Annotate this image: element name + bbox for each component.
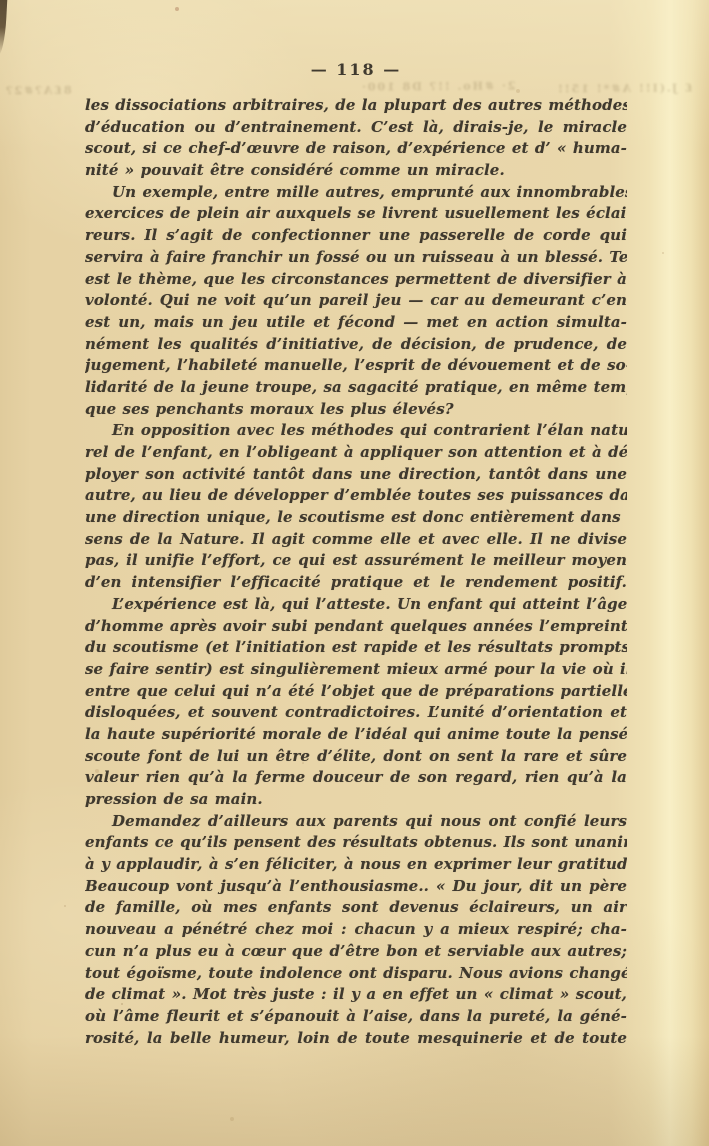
text-line: servira à faire franchir un fossé ou un … xyxy=(85,247,627,269)
paragraph: Demandez d’ailleurs aux parents qui nous… xyxy=(85,811,627,1050)
text-line: pression de sa main. xyxy=(85,789,627,811)
text-line: cun n’a plus eu à cœur que d’être bon et… xyxy=(85,941,627,963)
paragraph: En opposition avec les méthodes qui cont… xyxy=(85,420,627,594)
text-line: Demandez d’ailleurs aux parents qui nous… xyxy=(85,811,627,833)
text-line: où l’âme fleurit et s’épanouit à l’aise,… xyxy=(85,1006,627,1028)
scan-edge-artifact xyxy=(0,0,8,56)
text-line: Un exemple, entre mille autres, emprunté… xyxy=(85,182,627,204)
text-line: rel de l’enfant, en l’obligeant à appliq… xyxy=(85,442,627,464)
text-line: d’en intensifier l’efficacité pratique e… xyxy=(85,572,627,594)
text-line: se faire sentir) est singulièrement mieu… xyxy=(85,659,627,681)
paragraph: les dissociations arbitraires, de la plu… xyxy=(85,95,627,182)
text-line: rosité, la belle humeur, loin de toute m… xyxy=(85,1028,627,1050)
text-line: d’homme après avoir subi pendant quelque… xyxy=(85,616,627,638)
text-line: reurs. Il s’agit de confectionner une pa… xyxy=(85,225,627,247)
text-line: L’expérience est là, qui l’atteste. Un e… xyxy=(85,594,627,616)
page-number: — 118 — xyxy=(85,60,627,80)
paragraph: L’expérience est là, qui l’atteste. Un e… xyxy=(85,594,627,811)
text-line: est un, mais un jeu utile et fécond — me… xyxy=(85,312,627,334)
paragraph: Un exemple, entre mille autres, emprunté… xyxy=(85,182,627,421)
paper-specks xyxy=(0,0,2,2)
bleedthrough-text: 2· #Ho. !!? D8 100· xyxy=(360,79,516,94)
book-page-scan: 8£A?#2? 2· #Ho. !!? D8 100· £ J.(I!! A#*… xyxy=(0,0,709,1146)
text-line: de famille, où mes enfants sont devenus … xyxy=(85,897,627,919)
text-line: exercices de plein air auxquels se livre… xyxy=(85,203,627,225)
text-line: nité » pouvait être considéré comme un m… xyxy=(85,160,627,182)
text-line: la haute supériorité morale de l’idéal q… xyxy=(85,724,627,746)
text-line: enfants ce qu’ils pensent des résultats … xyxy=(85,832,627,854)
text-line: ployer son activité tantôt dans une dire… xyxy=(85,464,627,486)
text-line: sens de la Nature. Il agit comme elle et… xyxy=(85,529,627,551)
text-line: nouveau a pénétré chez moi : chacun y a … xyxy=(85,919,627,941)
text-line: pas, il unifie l’effort, ce qui est assu… xyxy=(85,550,627,572)
text-line: de climat ». Mot très juste : il y a en … xyxy=(85,984,627,1006)
text-line: autre, au lieu de développer d’emblée to… xyxy=(85,485,627,507)
text-line: que ses penchants moraux les plus élevés… xyxy=(85,399,627,421)
text-line: du scoutisme (et l’initiation est rapide… xyxy=(85,637,627,659)
text-line: valeur rien qu’à la ferme douceur de son… xyxy=(85,767,627,789)
text-line: Beaucoup vont jusqu’à l’enthousiasme.. «… xyxy=(85,876,627,898)
text-line: d’éducation ou d’entrainement. C’est là,… xyxy=(85,117,627,139)
text-line: entre que celui qui n’a été l’objet que … xyxy=(85,681,627,703)
text-line: disloquées, et souvent contradictoires. … xyxy=(85,702,627,724)
text-line: volonté. Qui ne voit qu’un pareil jeu — … xyxy=(85,290,627,312)
text-line: est le thème, que les circonstances perm… xyxy=(85,269,627,291)
text-line: à y applaudir, à s’en féliciter, à nous … xyxy=(85,854,627,876)
text-line: En opposition avec les méthodes qui cont… xyxy=(85,420,627,442)
text-line: une direction unique, le scoutisme est d… xyxy=(85,507,627,529)
text-line: scoute font de lui un être d’élite, dont… xyxy=(85,746,627,768)
text-line: nément les qualités d’initiative, de déc… xyxy=(85,334,627,356)
text-line: jugement, l’habileté manuelle, l’esprit … xyxy=(85,355,627,377)
text-line: tout égoïsme, toute indolence ont dispar… xyxy=(85,963,627,985)
body-text: les dissociations arbitraires, de la plu… xyxy=(85,95,627,1049)
text-line: les dissociations arbitraires, de la plu… xyxy=(85,95,627,117)
bleedthrough-text: 8£A?#2? xyxy=(4,84,72,99)
text-line: scout, si ce chef-d’œuvre de raison, d’e… xyxy=(85,138,627,160)
text-line: lidarité de la jeune troupe, sa sagacité… xyxy=(85,377,627,399)
